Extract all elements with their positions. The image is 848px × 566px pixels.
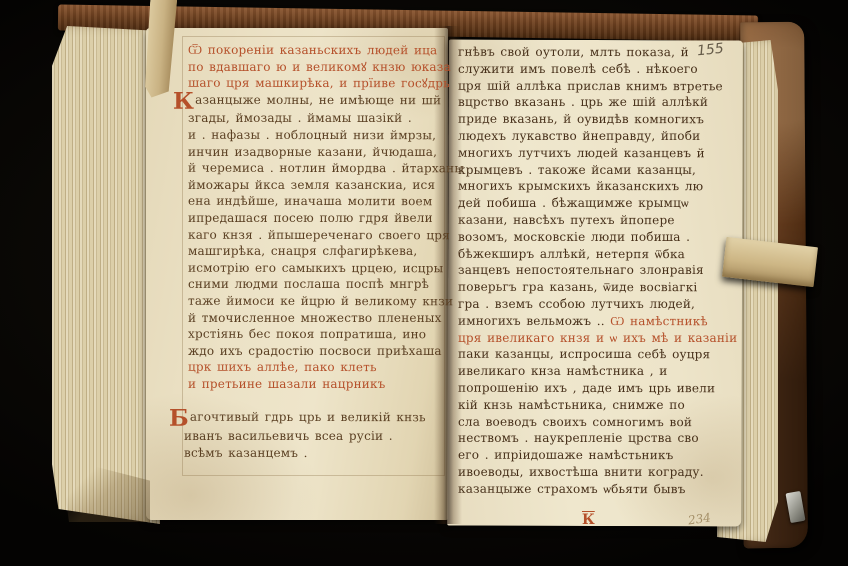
manuscript-line: служити имъ повелѣ себѣ . нѣкоего (458, 61, 734, 78)
manuscript-line: его . ипріидошаже намѣстьникъ (458, 447, 734, 464)
manuscript-line: ивеликаго кнза намѣстника , и (458, 363, 734, 380)
manuscript-line: людехъ лукавство йнеправду, йпоби (458, 128, 734, 145)
right-page-text: гнѣвъ свой оутоли, млть показа, йслужити… (458, 44, 734, 498)
manuscript-text-segment: йможары йкса земля казанскиа, ися (188, 178, 435, 192)
manuscript-text-segment: й тмочисленное множество плененых (188, 311, 442, 325)
manuscript-text-segment: людехъ лукавство йнеправду, йпоби (458, 129, 700, 143)
manuscript-text-segment: и претьине шазали нацрникъ (188, 377, 386, 391)
left-page-text: Ѿ покореніи казаньскихъ людей ицапо вдав… (188, 42, 450, 392)
manuscript-line: многихъ лутчихъ людей казанцевъ й (458, 144, 734, 161)
manuscript-text-segment: машгирѣка, снацря слфагирѣкева, (188, 244, 417, 258)
manuscript-line: гра . вземъ ссобою лутчихъ людей, (458, 296, 734, 313)
manuscript-line: и . нафазы . ноблоцный низи ймрзы, (188, 127, 450, 144)
manuscript-line: занцевъ непостоятельнаго злонравія (458, 262, 734, 279)
manuscript-line: имногихъ вельможъ .. Ѡ намѣстникѣ (458, 312, 734, 329)
manuscript-text-segment: иванъ васильевичь всеа русіи . (184, 429, 393, 443)
manuscript-line: вцрство вказань . црь же шій аллѣкй (458, 94, 734, 111)
manuscript-line: ивоеводы, ихвостѣша внити кограду. (458, 464, 734, 481)
manuscript-text-segment: сними людми послаша поспѣ мнгрѣ (188, 277, 429, 291)
manuscript-text-segment: ивеликаго кнза намѣстника , и (458, 364, 667, 378)
manuscript-text-segment: азанцыже молны, не имѣюще ни шй (195, 93, 441, 108)
manuscript-text-segment: агочтивый гдрь црь и великій кнзь (190, 410, 426, 424)
manuscript-text-segment: гра . вземъ ссобою лутчихъ людей, (458, 297, 695, 311)
left-page-colophon: Багочтивый гдрь црь и великій кнзьиванъ … (184, 409, 446, 463)
manuscript-text-segment: ждо ихъ срадостію посвоси приѣхаша (188, 344, 442, 358)
manuscript-line: возомъ, московскіе люди побиша . (458, 229, 734, 246)
photo-backdrop: Ѿ покореніи казаньскихъ людей ицапо вдав… (0, 0, 848, 566)
manuscript-text-segment: дей побиша . бѣжащимже крымцѡ (458, 196, 689, 210)
manuscript-text-segment: многихъ лутчихъ людей казанцевъ й (458, 145, 705, 160)
manuscript-line: иванъ васильевичь всеа русіи . (184, 428, 446, 446)
manuscript-line: ипредашася посею полю гдря йвели (188, 210, 450, 227)
left-page-body: Казанцыже молны, не имѣюще ни шйзгады, й… (188, 92, 450, 393)
manuscript-text-segment: и . нафазы . ноблоцный низи ймрзы, (188, 128, 436, 143)
manuscript-text-segment: бѣжекширъ аллѣкй, нетерпя ѿбка (458, 246, 685, 260)
manuscript-text-segment: по вдавшаго ю и великомꙋ кнзю юказа (188, 60, 451, 74)
left-fore-edge-pages (52, 26, 160, 524)
manuscript-line: всѣмъ казанцемъ . (184, 445, 446, 463)
manuscript-text-segment: цря ивеликаго кнзя и ѡ ихъ мѣ и казаніи (458, 331, 737, 345)
manuscript-line: хрстіянь бес покоя попратиша, ино (188, 326, 450, 343)
manuscript-text-segment: Б (169, 405, 189, 432)
manuscript-line: машгирѣка, снацря слфагирѣкева, (188, 243, 450, 260)
manuscript-line: паки казанцы, испросиша себѣ оуцря (458, 346, 734, 363)
manuscript-line: приде вказань, й оувидѣв комногихъ (458, 111, 734, 128)
manuscript-text-segment: кій кнзь намѣстьника, снимже по (458, 398, 685, 412)
manuscript-line: згады, ймозады . ймамы шазікй . (188, 110, 450, 127)
manuscript-line: по вдавшаго ю и великомꙋ кнзю юказа (188, 59, 450, 76)
manuscript-line: сними людми послаша поспѣ мнгрѣ (188, 276, 450, 293)
manuscript-text-segment: поверьгъ гра казань, ѿиде восвіагкі (458, 280, 697, 295)
manuscript-line: каго кнзя . йпышереченаго своего цря (188, 226, 450, 243)
manuscript-text-segment: многихъ крымскихъ йказанскихъ лю (458, 179, 703, 194)
manuscript-line: крымцевъ . такоже йсами казанцы, (458, 162, 734, 179)
manuscript-text-segment: приде вказань, й оувидѣв комногихъ (458, 112, 704, 127)
manuscript-line: казанцыже страхомъ ѡбьяти бывъ (458, 480, 734, 497)
manuscript-line: Казанцыже молны, не имѣюще ни шй (188, 92, 450, 111)
manuscript-line: нествомъ . наукрепленіе црства сво (458, 430, 734, 447)
manuscript-line: бѣжекширъ аллѣкй, нетерпя ѿбка (458, 245, 734, 262)
manuscript-line: црк шихъ аллѣе, пако клеть (188, 359, 450, 376)
manuscript-text-segment: й черемиса . нотлин ймордва . йтарханы (188, 161, 464, 176)
manuscript-text-segment: Ѿ покореніи казаньскихъ людей ица (188, 43, 437, 58)
manuscript-text-segment: цря шій аллѣка прислав книмъ втретье (458, 78, 723, 93)
manuscript-text-segment: Ѡ намѣстникѣ (610, 314, 708, 328)
manuscript-text-segment: крымцевъ . такоже йсами казанцы, (458, 163, 696, 177)
manuscript-text-segment: гнѣвъ свой оутоли, млть показа, й (458, 45, 689, 59)
manuscript-text-segment: каго кнзя . йпышереченаго своего цря (188, 227, 450, 242)
manuscript-line: ждо ихъ срадостію посвоси приѣхаша (188, 343, 450, 360)
left-page-header: Ѿ покореніи казаньскихъ людей ицапо вдав… (188, 42, 450, 92)
manuscript-text-segment: занцевъ непостоятельнаго злонравія (458, 263, 704, 277)
manuscript-text-segment: паки казанцы, испросиша себѣ оуцря (458, 347, 710, 362)
manuscript-text-segment: К (173, 87, 194, 114)
manuscript-line: й тмочисленное множество плененых (188, 310, 450, 327)
manuscript-line: многихъ крымскихъ йказанскихъ лю (458, 178, 734, 195)
manuscript-text-segment: црк шихъ аллѣе, пако клеть (188, 360, 377, 374)
quire-signature-mark: К (582, 512, 595, 528)
manuscript-text-segment: казанцыже страхомъ ѡбьяти бывъ (458, 481, 686, 495)
manuscript-line: цря шій аллѣка прислав книмъ втретье (458, 77, 734, 94)
manuscript-text-segment: его . ипріидошаже намѣстьникъ (458, 448, 674, 462)
manuscript-text-segment: попрошенію ихъ , даде имъ црь ивели (458, 381, 715, 396)
manuscript-text-segment: возомъ, московскіе люди побиша . (458, 230, 690, 244)
manuscript-text-segment: имногихъ вельможъ .. (458, 313, 610, 327)
manuscript-line: Ѿ покореніи казаньскихъ людей ица (188, 42, 450, 59)
manuscript-line: йможары йкса земля казанскиа, ися (188, 177, 450, 194)
folio-number: 155 (696, 41, 724, 60)
manuscript-line: казани, навсѣхъ путехъ йпопере (458, 212, 734, 229)
manuscript-line: гнѣвъ свой оутоли, млть показа, й (458, 44, 734, 61)
manuscript-line: шаго цря машкирѣка, и прїиве госꙋдрь (188, 75, 450, 92)
manuscript-text-segment: таже йимоси ке йцрю й великому кнзи (188, 294, 453, 309)
manuscript-line: дей побиша . бѣжащимже крымцѡ (458, 195, 734, 212)
manuscript-text-segment: згады, ймозады . ймамы шазікй . (188, 111, 412, 125)
manuscript-text-segment: ена индѣйше, иначаша молити воем (188, 194, 432, 209)
manuscript-line: попрошенію ихъ , даде имъ црь ивели (458, 380, 734, 397)
manuscript-text-segment: всѣмъ казанцемъ . (184, 446, 308, 460)
manuscript-line: сла воеводъ своихъ сомногимъ вой (458, 413, 734, 430)
manuscript-line: ена индѣйше, иначаша молити воем (188, 193, 450, 210)
manuscript-line: кій кнзь намѣстьника, снимже по (458, 397, 734, 414)
manuscript-text-segment: исмотрію его самыкихъ црцею, исцры (188, 260, 443, 275)
manuscript-line: исмотрію его самыкихъ црцею, исцры (188, 259, 450, 276)
manuscript-text-segment: вцрство вказань . црь же шій аллѣкй (458, 95, 708, 109)
manuscript-line: й черемиса . нотлин ймордва . йтарханы (188, 160, 450, 177)
manuscript-line: цря ивеликаго кнзя и ѡ ихъ мѣ и казаніи (458, 330, 734, 347)
manuscript-line: поверьгъ гра казань, ѿиде восвіагкі (458, 279, 734, 296)
manuscript-text-segment: ивоеводы, ихвостѣша внити кограду. (458, 465, 704, 479)
manuscript-line: и претьине шазали нацрникъ (188, 376, 450, 393)
manuscript-line: инчин изадворные казани, йчюдаша, (188, 144, 450, 161)
manuscript-text-segment: сла воеводъ своихъ сомногимъ вой (458, 414, 692, 428)
manuscript-text-segment: инчин изадворные казани, йчюдаша, (188, 145, 437, 159)
manuscript-text-segment: нествомъ . наукрепленіе црства сво (458, 431, 699, 445)
manuscript-text-segment: казани, навсѣхъ путехъ йпопере (458, 213, 675, 227)
manuscript-text-segment: хрстіянь бес покоя попратиша, ино (188, 327, 426, 341)
manuscript-line: Багочтивый гдрь црь и великій кнзь (184, 409, 446, 428)
manuscript-text-segment: служити имъ повелѣ себѣ . нѣкоего (458, 62, 698, 76)
manuscript-line: таже йимоси ке йцрю й великому кнзи (188, 293, 450, 310)
manuscript-text-segment: ипредашася посею полю гдря йвели (188, 211, 433, 225)
manuscript-text-segment: шаго цря машкирѣка, и прїиве госꙋдрь (188, 76, 450, 91)
